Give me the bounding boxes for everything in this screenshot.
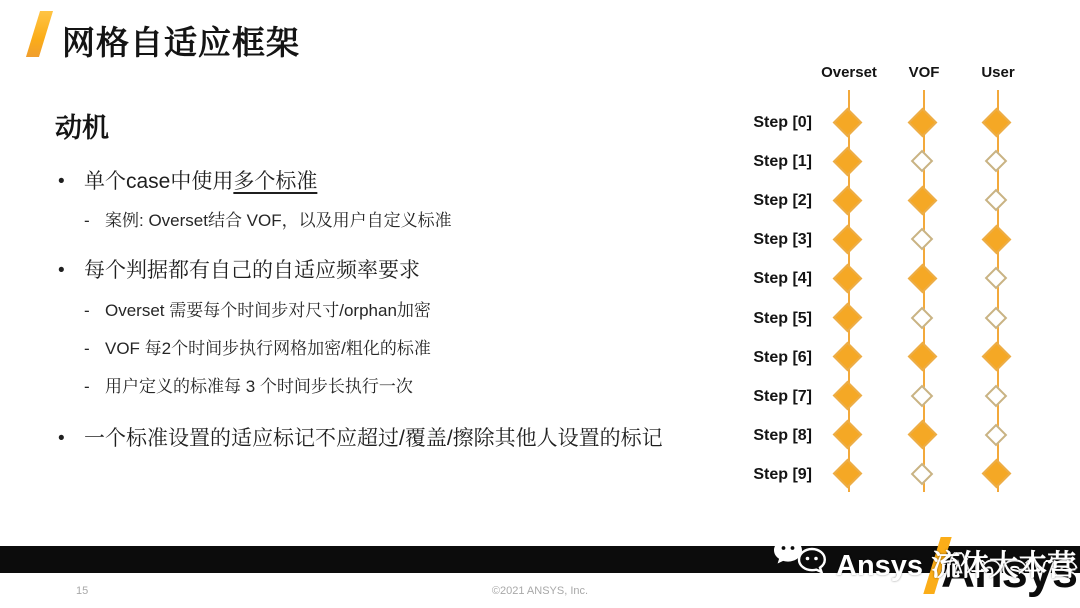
diamond-filled [832, 264, 862, 294]
sub-bullet-text: VOF 每2个时间步执行网格加密/粗化的标准 [105, 338, 431, 360]
bullet-item: •单个case中使用多个标准 [58, 165, 658, 199]
diamond-hollow [911, 306, 934, 329]
step-label: Step [3] [734, 231, 812, 249]
bullet-text-underlined: 多个标准 [233, 170, 317, 193]
sub-bullet-marker: - [84, 300, 105, 322]
wechat-watermark-text: Ansys 流体大本营 [836, 543, 1076, 584]
step-label: Step [5] [734, 310, 812, 328]
sub-bullet-marker: - [84, 210, 105, 232]
step-label: Step [4] [734, 270, 812, 288]
step-label: Step [0] [734, 114, 812, 132]
diamond-filled [981, 224, 1011, 254]
bullet-text-part: 每个判据都有自己的自适应频率要求 [84, 259, 420, 282]
diamond-filled [907, 185, 937, 215]
bullet-marker: • [58, 422, 84, 456]
diamond-filled [832, 420, 862, 450]
diamond-filled [832, 185, 862, 215]
sub-bullet-item: -案例: Overset结合 VOF，以及用户自定义标准 [84, 210, 644, 232]
step-label: Step [9] [734, 466, 812, 484]
column-header-user: User [953, 64, 1043, 81]
sub-bullet-item: -用户定义的标准每 3 个时间步长执行一次 [84, 376, 644, 398]
diamond-hollow [911, 463, 934, 486]
diamond-filled [832, 459, 862, 489]
step-label: Step [7] [734, 388, 812, 406]
diamond-filled [832, 146, 862, 176]
bullet-text: 单个case中使用多个标准 [84, 165, 317, 199]
sub-bullet-text: 用户定义的标准每 3 个时间步长执行一次 [105, 376, 413, 398]
diamond-hollow [985, 423, 1008, 446]
diamond-filled [832, 303, 862, 333]
diamond-hollow [911, 228, 934, 251]
diamond-hollow [911, 384, 934, 407]
title-accent-slash [26, 11, 53, 57]
sub-bullet-item: -VOF 每2个时间步执行网格加密/粗化的标准 [84, 338, 644, 360]
bullet-text: 每个判据都有自己的自适应频率要求 [84, 254, 420, 288]
bullet-marker: • [58, 165, 84, 199]
bullet-text-part: 单个case中使用 [84, 170, 233, 193]
step-label: Step [8] [734, 427, 812, 445]
wechat-icon [772, 535, 828, 581]
diamond-filled [981, 459, 1011, 489]
step-label: Step [1] [734, 153, 812, 171]
diamond-filled [832, 342, 862, 372]
section-heading: 动机 [55, 106, 109, 145]
sub-bullet-item: -Overset 需要每个时间步对尺寸/orphan加密 [84, 300, 644, 322]
step-label: Step [6] [734, 349, 812, 367]
diamond-filled [907, 264, 937, 294]
bullet-text-part: 一个标准设置的适应标记不应超过/覆盖/擦除其他人设置的标记 [84, 427, 663, 450]
diamond-hollow [911, 150, 934, 173]
diamond-filled [981, 342, 1011, 372]
sub-bullet-marker: - [84, 338, 105, 360]
bullet-marker: • [58, 254, 84, 288]
diamond-hollow [985, 384, 1008, 407]
diamond-hollow [985, 150, 1008, 173]
page-title: 网格自适应框架 [62, 17, 300, 64]
diamond-hollow [985, 267, 1008, 290]
diamond-filled [832, 107, 862, 137]
sub-bullet-marker: - [84, 376, 105, 398]
diamond-filled [907, 107, 937, 137]
bullet-text: 一个标准设置的适应标记不应超过/覆盖/擦除其他人设置的标记 [84, 422, 663, 456]
bullet-item: •一个标准设置的适应标记不应超过/覆盖/擦除其他人设置的标记 [58, 422, 670, 456]
presentation-slide: 网格自适应框架 动机 •单个case中使用多个标准-案例: Overset结合 … [0, 0, 1080, 608]
diamond-filled [832, 224, 862, 254]
diamond-hollow [985, 189, 1008, 212]
bullet-item: •每个判据都有自己的自适应频率要求 [58, 254, 658, 288]
diamond-hollow [985, 306, 1008, 329]
step-label: Step [2] [734, 192, 812, 210]
diamond-filled [907, 342, 937, 372]
sub-bullet-text: 案例: Overset结合 VOF，以及用户自定义标准 [105, 210, 452, 232]
diamond-filled [981, 107, 1011, 137]
copyright-text: ©2021 ANSYS, Inc. [0, 585, 1080, 597]
diamond-filled [832, 381, 862, 411]
sub-bullet-text: Overset 需要每个时间步对尺寸/orphan加密 [105, 300, 431, 322]
diamond-filled [907, 420, 937, 450]
